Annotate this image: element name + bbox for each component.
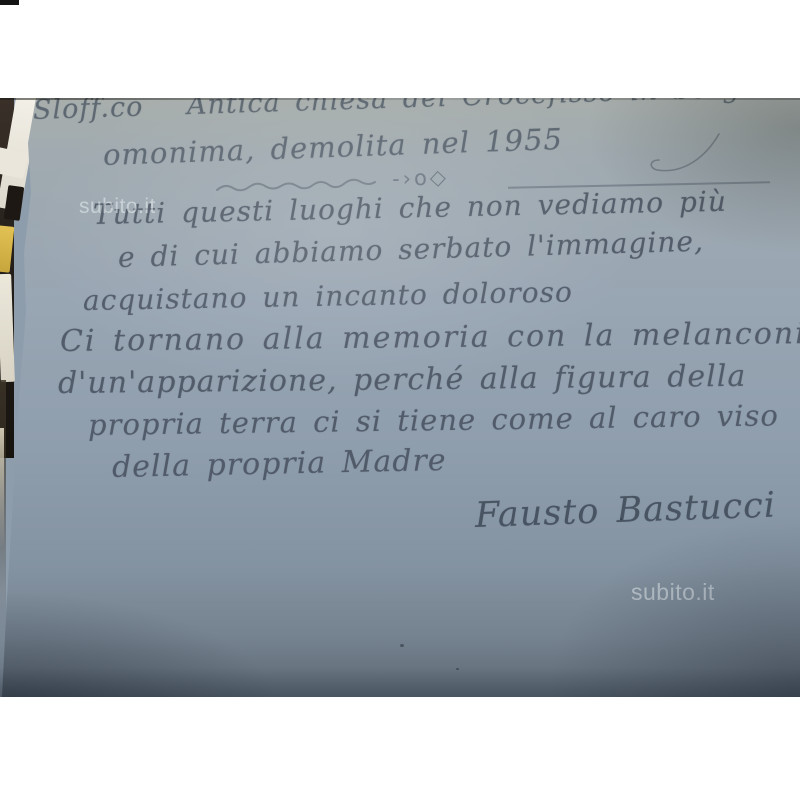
manuscript-line: della propria Madre xyxy=(112,443,447,485)
manuscript-line: Ci tornano alla memoria con la melanconi… xyxy=(60,316,800,359)
manuscript-heading-2: omonima, demolita nel 1955 xyxy=(102,122,563,172)
pen-flourish xyxy=(635,130,725,190)
letterbox-top xyxy=(0,0,800,98)
photo-area: Sloff.co Antica chiesa del Crocefisso in… xyxy=(0,98,800,697)
letterbox-bottom xyxy=(0,697,800,800)
paper-speck xyxy=(400,644,404,647)
paper-speck xyxy=(456,668,459,670)
manuscript-line: e di cui abbiamo serbato l'immagine, xyxy=(118,225,705,274)
photo-listing-image: Sloff.co Antica chiesa del Crocefisso in… xyxy=(0,0,800,800)
manuscript-heading-1: Sloff.co Antica chiesa del Crocefisso in… xyxy=(33,98,759,126)
photo-top-edge xyxy=(0,98,800,100)
signature: Fausto Bastucci xyxy=(474,486,776,536)
manuscript-line: propria terra ci si tiene come al caro v… xyxy=(88,398,779,442)
subito-watermark-left: subito.it xyxy=(79,195,156,219)
handwritten-text: Sloff.co Antica chiesa del Crocefisso in… xyxy=(0,98,800,697)
paper-speck xyxy=(620,518,622,520)
corner-notch xyxy=(0,0,19,5)
subito-watermark-right: subito.it xyxy=(631,579,715,606)
wavy-line xyxy=(215,178,387,194)
manuscript-line: d'un'apparizione, perché alla figura del… xyxy=(58,359,747,401)
manuscript-line: acquistano un incanto doloroso xyxy=(83,275,573,317)
divider-ornament: -›o◇ xyxy=(392,165,450,191)
manuscript-line: Tutti questi luoghi che non vediamo più xyxy=(93,185,727,231)
